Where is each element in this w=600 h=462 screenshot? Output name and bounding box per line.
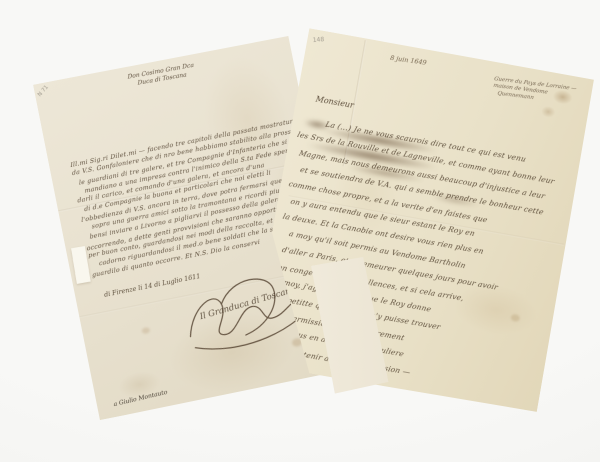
archivist-annotation: Guerre du Pays de Lorraine —maison de Ve… — [492, 76, 594, 108]
letter-heading: Don Cosimo Gran DcaDuca di Toscana — [108, 58, 215, 92]
address-note: a Giulio Montauto — [113, 389, 168, 408]
letter-date: 8 juin 1649 — [390, 54, 427, 67]
pencil-inventory-mark: 148 — [313, 36, 325, 44]
foxing-spot — [141, 327, 150, 334]
letter-body-french: La (...) Je ne vous scaurois dire tout c… — [259, 112, 577, 403]
pencil-inventory-mark: N 71 — [37, 84, 50, 98]
salutation: Monsieur — [315, 95, 355, 111]
photo-background: N 71 Don Cosimo Gran DcaDuca di Toscana … — [0, 0, 600, 462]
